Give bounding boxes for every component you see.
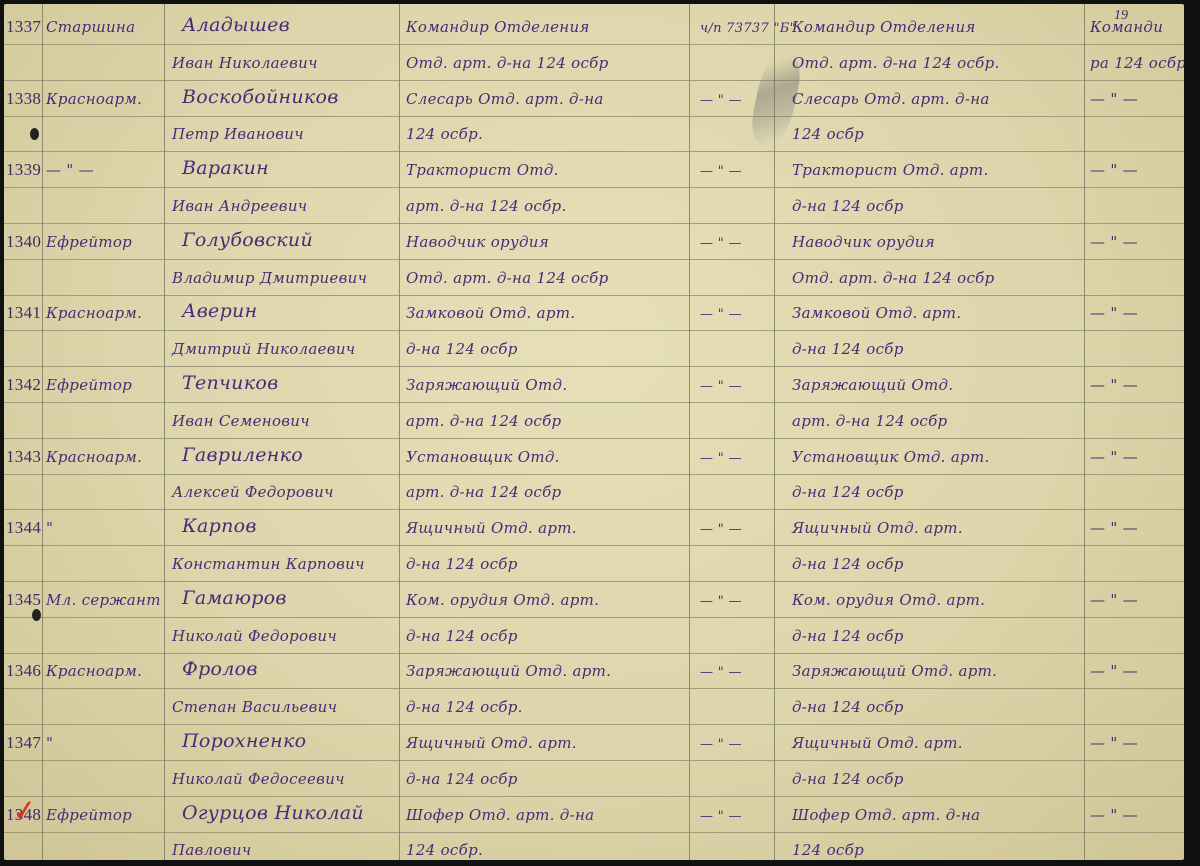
entry-rank: " [46,736,53,751]
ruled-line [4,187,1184,188]
ruled-line [4,223,1184,224]
entry-new-position-line1: Тракторист Отд. арт. [792,163,989,178]
entry-new-position-line1: Замковой Отд. арт. [792,306,961,321]
entry-new-position-line1: Командир Отделения [792,20,976,35]
entry-new-position-line2: Отд. арт. д-на 124 осбр [792,271,995,286]
entry-position-line2: д-на 124 осбр [406,342,518,357]
entry-rank: Красноарм. [46,664,142,679]
entry-position-line1: Командир Отделения [406,20,590,35]
entry-new-position-line2: д-на 124 осбр [792,557,904,572]
entry-surname: Аверин [182,302,257,321]
entry-new-position-line1: Ком. орудия Отд. арт. [792,593,985,608]
entry-surname: Тепчиков [182,374,278,393]
entry-given-names: Иван Семенович [172,414,310,429]
entry-last-col-line1: — " — [1090,808,1138,823]
entry-position-line1: Заряжающий Отд. [406,378,567,393]
entry-position-line2: 124 осбр. [406,843,483,858]
entry-last-col-line1: — " — [1090,163,1138,178]
entry-surname: Гамаюров [182,589,287,608]
entry-number: 1344 [6,519,41,536]
entry-surname: Воскобойников [182,88,339,107]
entry-surname: Фролов [182,660,258,679]
entry-given-names: Николай Федорович [172,629,337,644]
entry-last-col-line1: — " — [1090,664,1138,679]
ruled-line [4,80,1184,81]
entry-rank: Ефрейтор [46,808,132,823]
entry-unit: — " — [700,452,742,465]
entry-rank: Мл. сержант [46,593,161,608]
column-divider [164,4,165,860]
column-divider [689,4,690,860]
ruled-line [4,617,1184,618]
entry-number: 1345 [6,591,41,608]
entry-new-position-line2: д-на 124 осбр [792,199,904,214]
ruled-line [4,796,1184,797]
entry-given-names: Иван Андреевич [172,199,307,214]
entry-given-names: Павлович [172,843,251,858]
entry-new-position-line1: Заряжающий Отд. арт. [792,664,997,679]
binding-hole [32,609,41,621]
entry-position-line2: д-на 124 осбр [406,557,518,572]
entry-new-position-line2: д-на 124 осбр [792,772,904,787]
entry-new-position-line1: Шофер Отд. арт. д-на [792,808,980,823]
ruled-line [4,366,1184,367]
ruled-line [4,402,1184,403]
entry-new-position-line2: 124 осбр [792,843,864,858]
check-mark: ✓ [10,793,39,830]
entry-given-names: Константин Карпович [172,557,365,572]
entry-number: 1342 [6,376,41,393]
binding-hole [30,128,39,140]
entry-number: 1338 [6,90,41,107]
ruled-line [4,151,1184,152]
entry-given-names: Петр Иванович [172,127,304,142]
entry-given-names: Алексей Федорович [172,485,334,500]
entry-last-col-line1: — " — [1090,92,1138,107]
entry-last-col-line1: — " — [1090,235,1138,250]
ruled-line [4,330,1184,331]
entry-position-line2: д-на 124 осбр [406,772,518,787]
entry-position-line2: 124 осбр. [406,127,483,142]
entry-surname: Огурцов Николай [182,804,364,823]
entry-given-names: Иван Николаевич [172,56,318,71]
entry-position-line1: Ящичный Отд. арт. [406,521,577,536]
ruled-line [4,688,1184,689]
entry-unit: — " — [700,237,742,250]
ruled-line [4,832,1184,833]
entry-new-position-line2: д-на 124 осбр [792,485,904,500]
entry-given-names: Дмитрий Николаевич [172,342,355,357]
entry-new-position-line1: Ящичный Отд. арт. [792,736,963,751]
ruled-line [4,116,1184,117]
entry-last-col-line1: — " — [1090,450,1138,465]
ruled-line [4,581,1184,582]
entry-new-position-line1: Заряжающий Отд. [792,378,953,393]
entry-last-col-line1: — " — [1090,378,1138,393]
ruled-line [4,259,1184,260]
entry-surname: Порохненко [182,732,306,751]
ruled-line [4,760,1184,761]
entry-given-names: Владимир Дмитриевич [172,271,367,286]
ruled-line [4,438,1184,439]
entry-rank: " [46,521,53,536]
ruled-line [4,44,1184,45]
entry-last-col-line1: — " — [1090,593,1138,608]
ruled-line [4,509,1184,510]
entry-new-position-line2: 124 осбр [792,127,864,142]
entry-position-line2: Отд. арт. д-на 124 осбр [406,56,609,71]
ledger-page: 19 1337СтаршинаАладышевИван НиколаевичКо… [4,4,1184,860]
entry-surname: Карпов [182,517,257,536]
entry-position-line1: Ком. орудия Отд. арт. [406,593,599,608]
ruled-line [4,295,1184,296]
entry-number: 1339 [6,161,41,178]
entry-new-position-line1: Слесарь Отд. арт. д-на [792,92,990,107]
entry-rank: Красноарм. [46,450,142,465]
entry-rank: Красноарм. [46,306,142,321]
entry-given-names: Николай Федосеевич [172,772,345,787]
entry-surname: Голубовский [182,231,313,250]
entry-number: 1347 [6,734,41,751]
entry-new-position-line2: д-на 124 осбр [792,629,904,644]
entry-rank: Ефрейтор [46,378,132,393]
entry-position-line2: д-на 124 осбр. [406,700,523,715]
entry-position-line2: арт. д-на 124 осбр [406,485,561,500]
entry-position-line2: д-на 124 осбр [406,629,518,644]
entry-position-line1: Слесарь Отд. арт. д-на [406,92,604,107]
entry-number: 1340 [6,233,41,250]
entry-unit: — " — [700,308,742,321]
entry-new-position-line1: Наводчик орудия [792,235,935,250]
entry-position-line1: Наводчик орудия [406,235,549,250]
entry-number: 1337 [6,18,41,35]
entry-position-line2: арт. д-на 124 осбр [406,414,561,429]
entry-new-position-line2: д-на 124 осбр [792,342,904,357]
entry-position-line1: Установщик Отд. [406,450,560,465]
entry-unit: — " — [700,666,742,679]
entry-unit: — " — [700,165,742,178]
entry-unit: — " — [700,523,742,536]
entry-position-line1: Шофер Отд. арт. д-на [406,808,594,823]
entry-rank: Старшина [46,20,135,35]
entry-position-line1: Заряжающий Отд. арт. [406,664,611,679]
entry-unit: ч/п 73737 "Б" [700,22,796,35]
column-divider [42,4,43,860]
entry-new-position-line2: Отд. арт. д-на 124 осбр. [792,56,1000,71]
entry-last-col-line1: — " — [1090,736,1138,751]
entry-unit: — " — [700,810,742,823]
entry-rank: Ефрейтор [46,235,132,250]
entry-position-line2: арт. д-на 124 осбр. [406,199,567,214]
ruled-line [4,474,1184,475]
entry-surname: Аладышев [182,16,290,35]
entry-position-line1: Замковой Отд. арт. [406,306,575,321]
entry-position-line1: Ящичный Отд. арт. [406,736,577,751]
entry-last-col-line2: ра 124 осбр. [1090,56,1184,71]
entry-rank: — " — [46,163,94,178]
entry-last-col-line1: Команди [1090,20,1163,35]
entry-rank: Красноарм. [46,92,142,107]
entry-number: 1343 [6,448,41,465]
ruled-line [4,653,1184,654]
column-divider [1084,4,1085,860]
ruled-line [4,724,1184,725]
entry-new-position-line2: д-на 124 осбр [792,700,904,715]
entry-unit: — " — [700,380,742,393]
ruled-line [4,545,1184,546]
entry-last-col-line1: — " — [1090,306,1138,321]
entry-surname: Варакин [182,159,269,178]
entry-new-position-line1: Ящичный Отд. арт. [792,521,963,536]
entry-new-position-line1: Установщик Отд. арт. [792,450,990,465]
entry-number: 1346 [6,662,41,679]
entry-position-line1: Тракторист Отд. [406,163,559,178]
column-divider [399,4,400,860]
entry-unit: — " — [700,738,742,751]
entry-surname: Гавриленко [182,446,303,465]
entry-unit: — " — [700,595,742,608]
entry-new-position-line2: арт. д-на 124 осбр [792,414,947,429]
entry-number: 1341 [6,304,41,321]
entry-unit: — " — [700,94,742,107]
entry-last-col-line1: — " — [1090,521,1138,536]
entry-given-names: Степан Васильевич [172,700,337,715]
entry-position-line2: Отд. арт. д-на 124 осбр [406,271,609,286]
